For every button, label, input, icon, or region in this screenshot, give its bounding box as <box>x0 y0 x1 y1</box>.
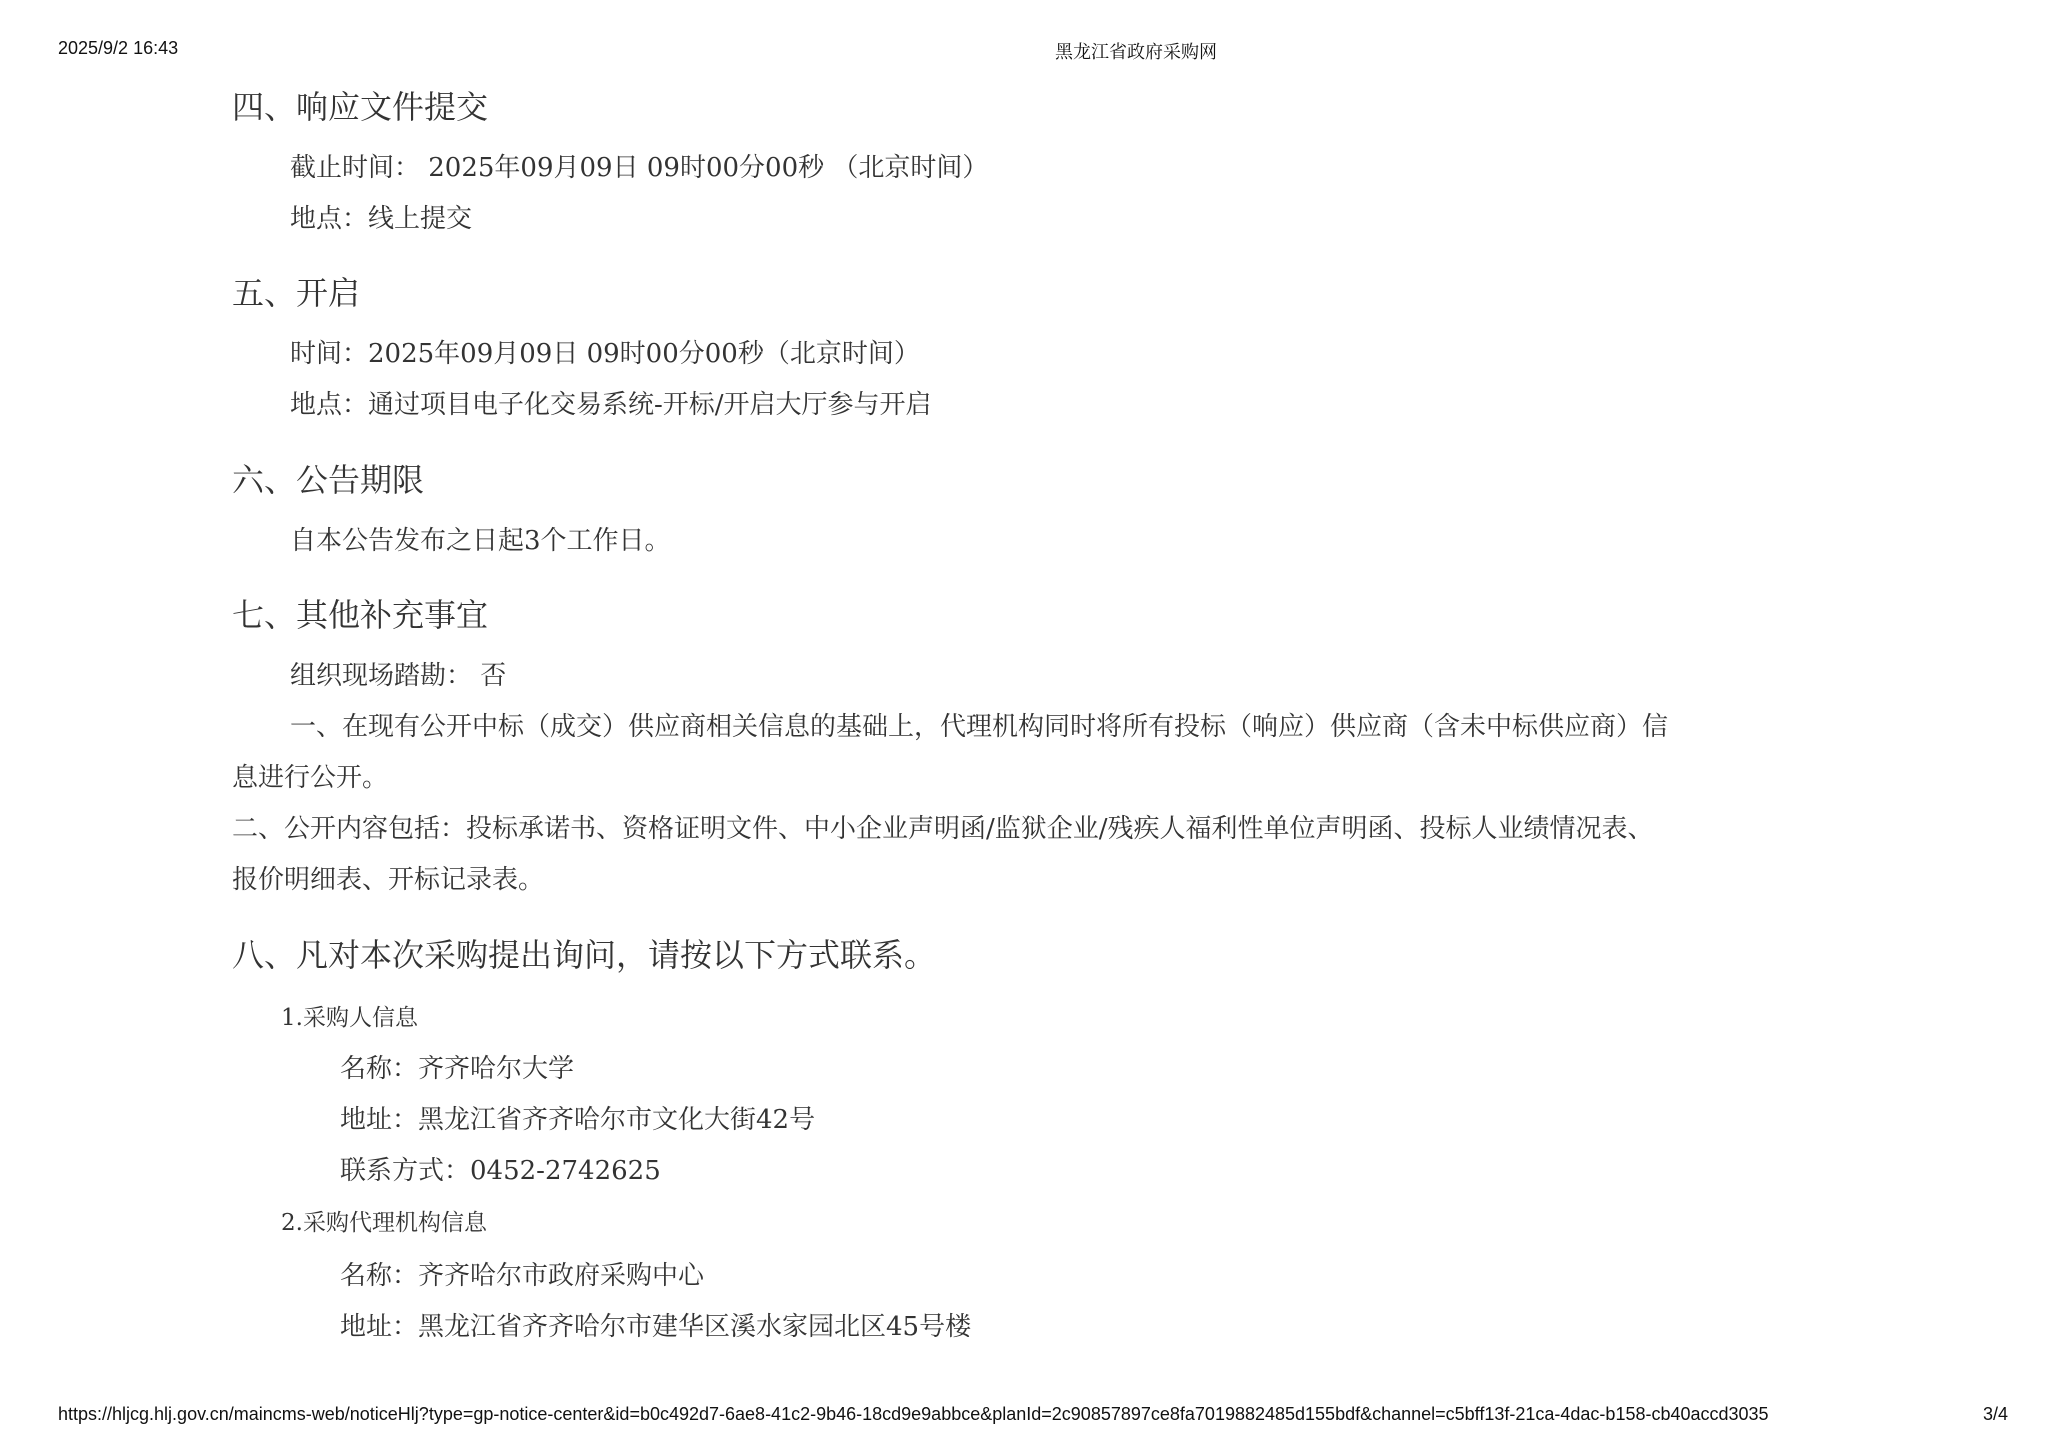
submission-location: 地点：线上提交 <box>290 198 472 235</box>
section-5-heading: 五、开启 <box>232 268 360 314</box>
purchaser-name: 名称：齐齐哈尔大学 <box>340 1048 574 1085</box>
supplement-item-2-line-2: 报价明细表、开标记录表。 <box>232 859 544 896</box>
supplement-item-1-line-1: 一、在现有公开中标（成交）供应商相关信息的基础上，代理机构同时将所有投标（响应）… <box>290 706 1668 743</box>
page-url: https://hljcg.hlj.gov.cn/maincms-web/not… <box>58 1404 1769 1425</box>
site-visit: 组织现场踏勘： 否 <box>290 655 506 692</box>
notice-period-text: 自本公告发布之日起3个工作日。 <box>290 520 671 557</box>
purchaser-address: 地址：黑龙江省齐齐哈尔市文化大街42号 <box>340 1099 815 1136</box>
agency-name: 名称：齐齐哈尔市政府采购中心 <box>340 1255 704 1292</box>
opening-time: 时间：2025年09月09日 09时00分00秒（北京时间） <box>290 333 920 370</box>
opening-location: 地点：通过项目电子化交易系统-开标/开启大厅参与开启 <box>290 384 932 421</box>
site-title: 黑龙江省政府采购网 <box>0 38 2048 64</box>
purchaser-info-title: 1.采购人信息 <box>281 999 418 1032</box>
supplement-item-1-line-2: 息进行公开。 <box>232 757 388 794</box>
agency-info-title: 2.采购代理机构信息 <box>281 1204 487 1237</box>
section-4-heading: 四、响应文件提交 <box>232 82 488 128</box>
purchaser-contact: 联系方式：0452-2742625 <box>340 1150 661 1187</box>
agency-address: 地址：黑龙江省齐齐哈尔市建华区溪水家园北区45号楼 <box>340 1306 971 1343</box>
supplement-item-2-line-1: 二、公开内容包括：投标承诺书、资格证明文件、中小企业声明函/监狱企业/残疾人福利… <box>232 808 1654 845</box>
submission-deadline: 截止时间： 2025年09月09日 09时00分00秒 （北京时间） <box>290 147 988 184</box>
section-8-heading: 八、凡对本次采购提出询问，请按以下方式联系。 <box>232 930 936 976</box>
section-7-heading: 七、其他补充事宜 <box>232 590 488 636</box>
page-number: 3/4 <box>1983 1404 2008 1425</box>
section-6-heading: 六、公告期限 <box>232 455 424 501</box>
